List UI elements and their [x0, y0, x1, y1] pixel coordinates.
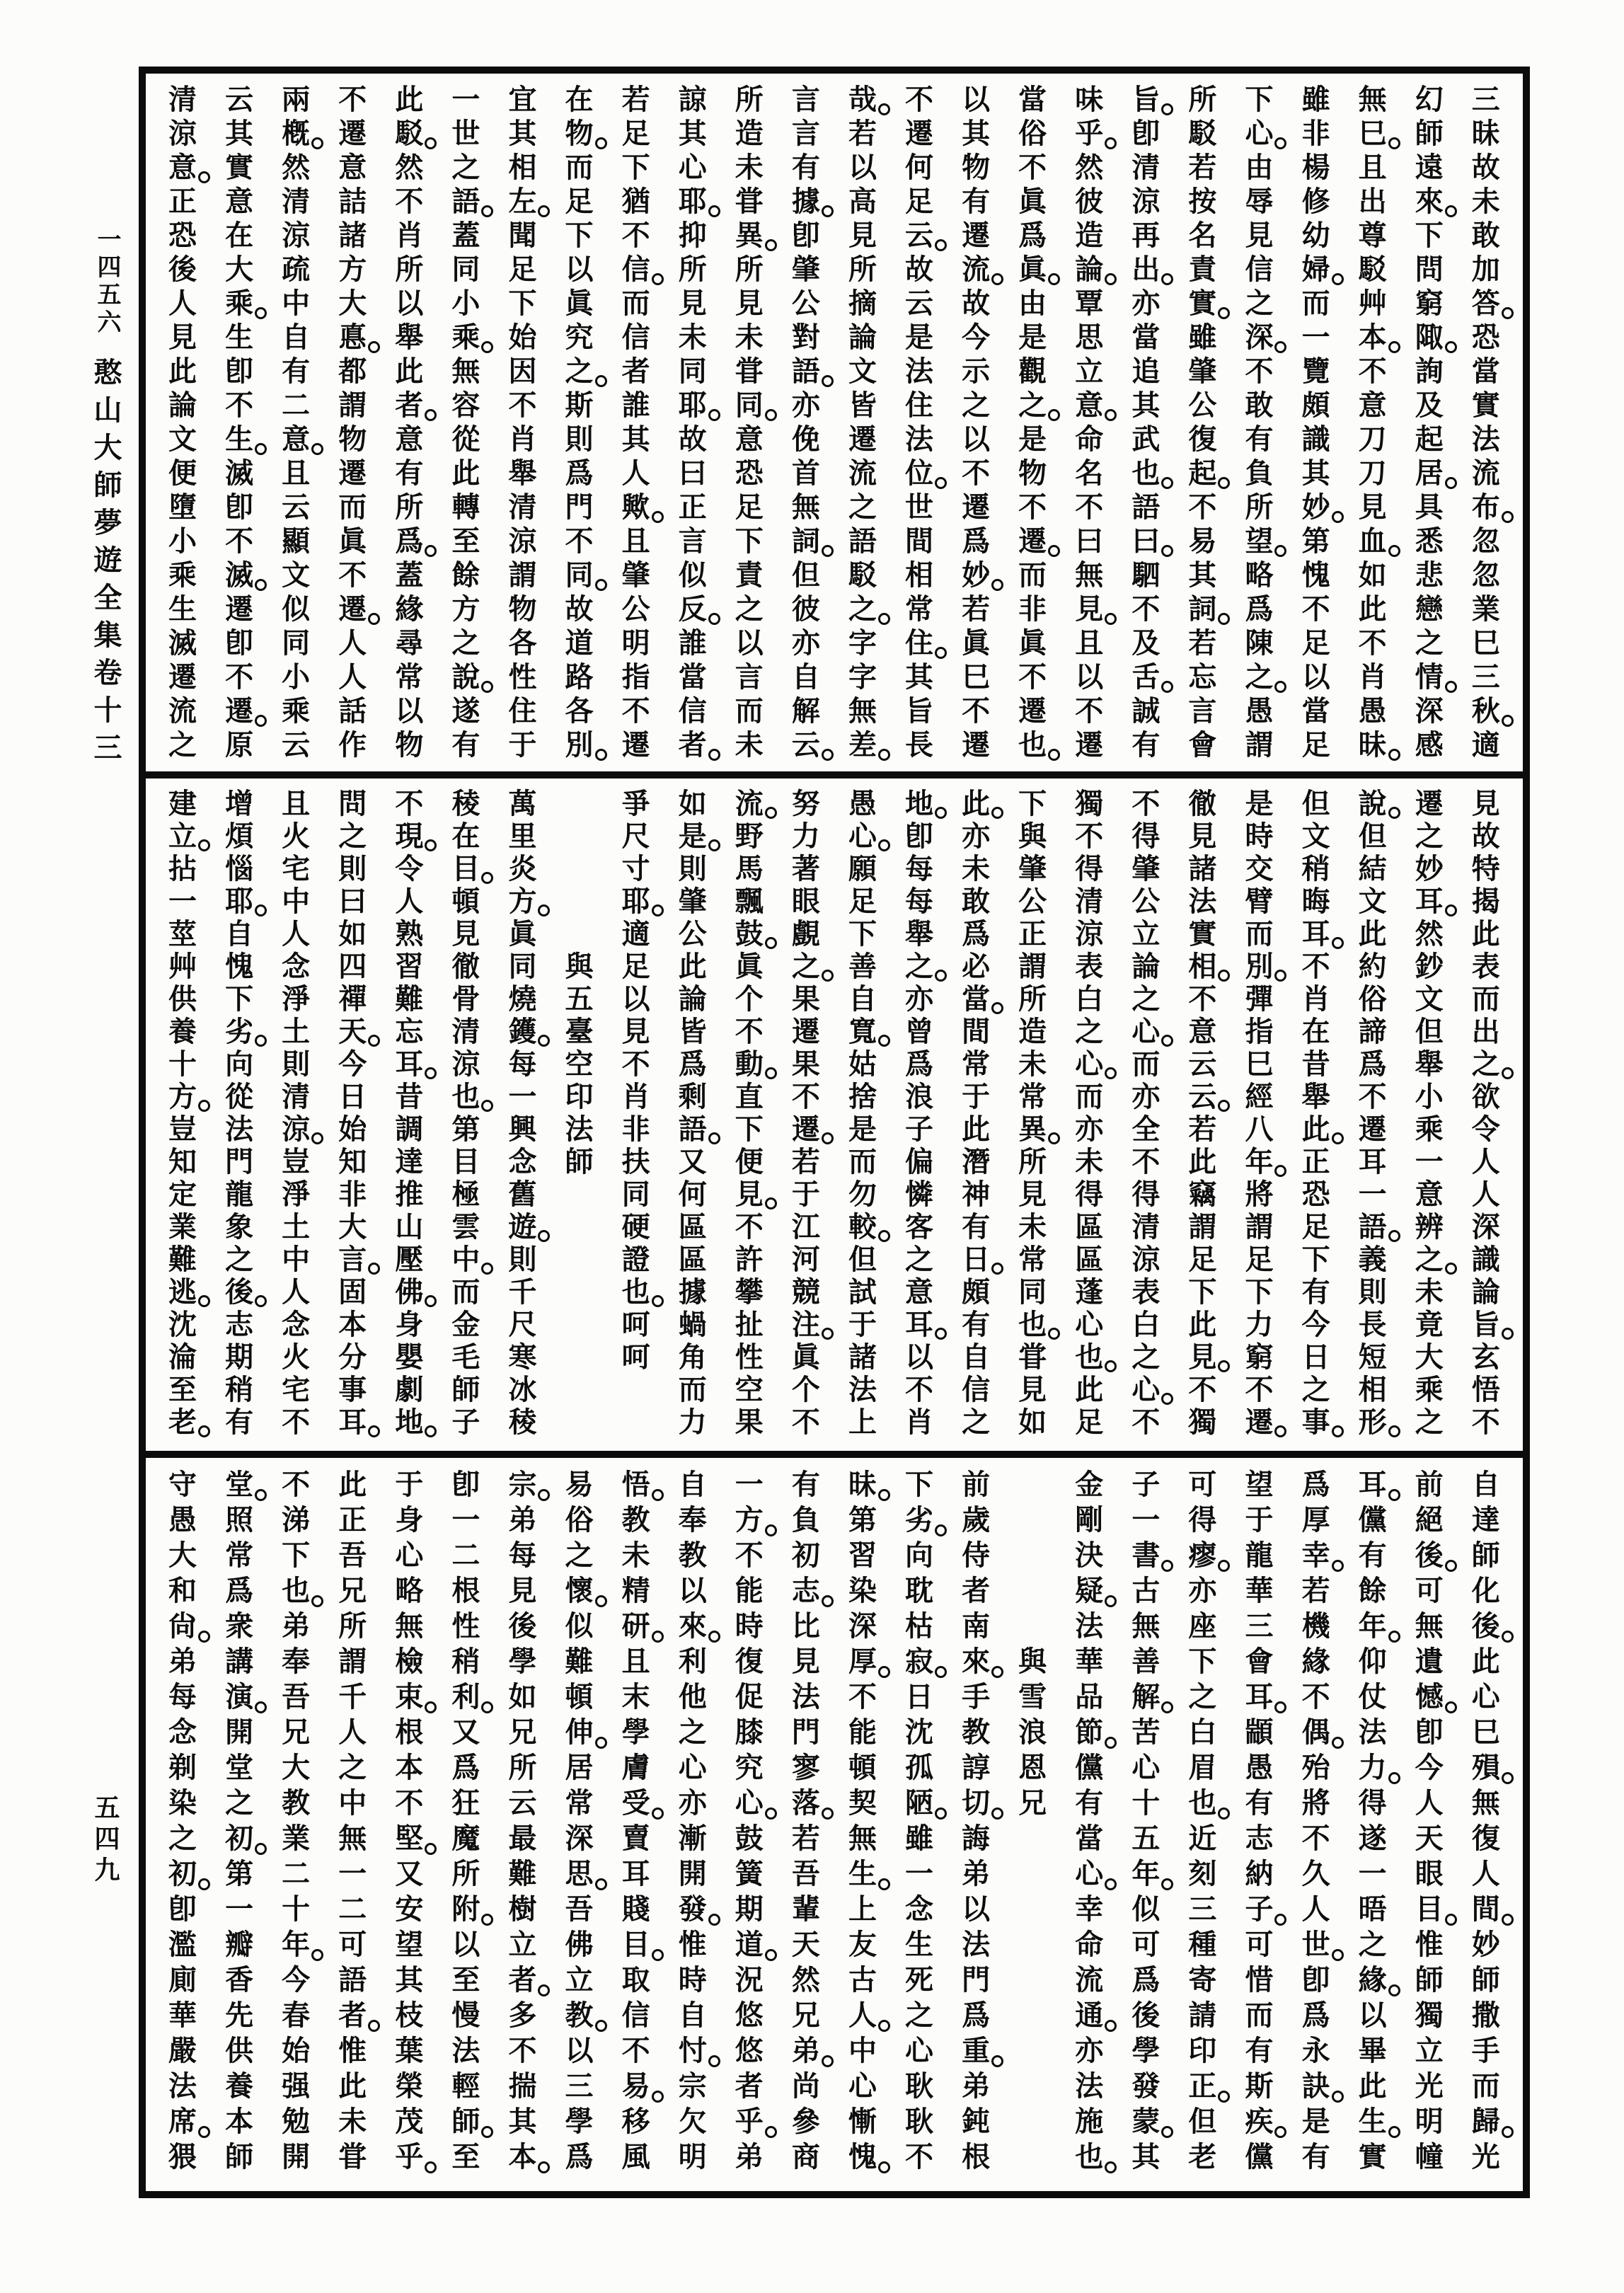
glyph-cell: 宜 — [506, 83, 539, 117]
glyph-cell: 金 — [449, 1309, 482, 1341]
glyph-cell: 且 — [1073, 626, 1105, 660]
glyph-cell: 捨 — [846, 1081, 879, 1113]
reading-circle-mark — [991, 1666, 1003, 1678]
glyph-cell: 摘 — [846, 287, 879, 321]
glyph-cell: 故 — [1470, 820, 1502, 853]
text-column: 萬里炎方眞同燒鑊每一興念舊遊則千尺寒冰稜 — [494, 788, 551, 1442]
glyph-cell: 之 — [223, 1243, 255, 1276]
reading-circle-mark — [255, 1701, 267, 1713]
glyph-cell: 輩 — [790, 1892, 822, 1927]
glyph-cell: 詰 — [336, 185, 369, 219]
glyph-cell: 乘 — [1413, 1113, 1446, 1146]
glyph-cell: 舉 — [506, 456, 539, 490]
glyph-cell: 見 — [846, 219, 879, 253]
glyph-cell: 劣 — [903, 1502, 935, 1538]
glyph-cell: 實 — [1186, 918, 1219, 950]
glyph-cell: 門 — [790, 1715, 822, 1750]
reading-circle-mark — [708, 1914, 720, 1926]
text-column: 清涼意正恐後人見此論文便墮小乘生滅遷流之 — [154, 83, 211, 762]
glyph-cell: 敢 — [960, 885, 992, 918]
glyph-cell: 語 — [676, 1113, 709, 1146]
glyph-cell: 表 — [1129, 1276, 1162, 1309]
glyph-cell: 墮 — [166, 490, 199, 524]
reading-circle-mark — [425, 1701, 437, 1713]
glyph-cell: 講 — [223, 1644, 255, 1679]
reading-circle-mark — [1502, 1772, 1514, 1784]
glyph-cell: 疾 — [1243, 2104, 1275, 2139]
glyph-cell: 物 — [506, 592, 539, 626]
glyph-cell: 樹 — [506, 1892, 539, 1927]
glyph-cell: 可 — [1186, 1467, 1219, 1502]
glyph-cell: 且 — [280, 788, 312, 820]
glyph-cell: 期 — [733, 1892, 766, 1927]
glyph-cell: 千 — [336, 1679, 369, 1715]
glyph-cell: 未 — [336, 2104, 369, 2139]
glyph-cell: 刻 — [1186, 1856, 1219, 1892]
glyph-cell: 文 — [166, 423, 199, 456]
reading-circle-mark — [1445, 341, 1457, 353]
glyph-cell: 遂 — [449, 694, 482, 728]
glyph-cell: 位 — [903, 456, 935, 490]
glyph-cell: 亦 — [1073, 1113, 1105, 1146]
glyph-cell: 之 — [563, 355, 596, 389]
reading-circle-mark — [991, 1808, 1003, 1820]
glyph-cell: 善 — [846, 950, 879, 983]
glyph-cell: 令 — [393, 853, 425, 885]
glyph-cell: 謂 — [1186, 1211, 1219, 1243]
glyph-cell: 中 — [336, 1786, 369, 1821]
glyph-cell: 不 — [393, 788, 425, 820]
glyph-cell: 善 — [1129, 1644, 1162, 1679]
glyph-cell: 思 — [1073, 321, 1105, 355]
glyph-cell: 師 — [1413, 1962, 1446, 1998]
reading-circle-mark — [1502, 1067, 1514, 1079]
glyph-cell: 曰 — [676, 456, 709, 490]
glyph-cell: 衆 — [223, 1609, 255, 1644]
glyph-cell: 心 — [1129, 1750, 1162, 1786]
text-column: 爲厚幸若機緣不偶殆將不久人世卽爲永訣是有 — [1288, 1467, 1344, 2182]
glyph-cell: 大 — [336, 1211, 369, 1243]
reading-circle-mark — [935, 1666, 947, 1678]
glyph-cell: 仰 — [1357, 1644, 1389, 1679]
glyph-cell: 舌 — [1129, 660, 1162, 694]
reading-circle-mark — [481, 1263, 493, 1275]
glyph-cell: 歲 — [960, 1502, 992, 1538]
glyph-cell: 此 — [393, 83, 425, 117]
glyph-cell: 眞 — [733, 950, 766, 983]
text-column: 耳儻有餘年仰仗法力得遂一晤之緣以畢此生實 — [1344, 1467, 1401, 2182]
glyph-cell: 左 — [506, 185, 539, 219]
glyph-cell: 卽 — [223, 626, 255, 660]
glyph-cell: 清 — [280, 185, 312, 219]
glyph-cell: 卽 — [166, 1892, 199, 1927]
glyph-cell: 餘 — [1357, 1573, 1389, 1609]
glyph-cell: 下 — [733, 1113, 766, 1146]
glyph-cell: 小 — [449, 287, 482, 321]
glyph-cell: 之 — [1470, 1048, 1502, 1081]
glyph-cell: 不 — [223, 524, 255, 558]
glyph-cell: 寂 — [903, 1644, 935, 1679]
reading-circle-mark — [255, 1843, 267, 1855]
glyph-cell: 所 — [449, 1856, 482, 1892]
glyph-cell: 此 — [1470, 918, 1502, 950]
glyph-cell: 取 — [620, 1962, 652, 1998]
glyph-cell: 推 — [393, 1178, 425, 1211]
reading-circle-mark — [652, 1489, 664, 1501]
glyph-cell: 常 — [903, 592, 935, 626]
reading-circle-mark — [595, 1737, 607, 1749]
glyph-cell: 時 — [676, 1962, 709, 1998]
glyph-cell: 之 — [1186, 1679, 1219, 1715]
glyph-cell: 諸 — [846, 1341, 879, 1374]
glyph-cell: 眞 — [1016, 253, 1049, 287]
glyph-cell: 語 — [449, 185, 482, 219]
glyph-cell: 爲 — [449, 1750, 482, 1786]
reading-circle-mark — [1445, 1914, 1457, 1926]
glyph-cell: 作 — [336, 728, 369, 762]
glyph-cell: 說 — [1357, 788, 1389, 820]
glyph-cell: 尚 — [790, 2069, 822, 2104]
reading-circle-mark — [935, 477, 947, 489]
glyph-cell: 不 — [393, 1786, 425, 1821]
glyph-cell: 葉 — [393, 2033, 425, 2069]
glyph-cell: 道 — [563, 626, 596, 660]
reading-circle-mark — [255, 1295, 267, 1307]
glyph-cell: 恐 — [1470, 321, 1502, 355]
glyph-cell: 所 — [733, 253, 766, 287]
glyph-cell: 涼 — [506, 524, 539, 558]
glyph-cell: 諸 — [336, 219, 369, 253]
text-column: 言言有據卽肇公對語亦俛首無詞但彼亦自解云 — [778, 83, 834, 762]
reading-circle-mark — [1105, 1737, 1117, 1749]
text-column: 三昧故未敢加答恐當實法流布忽忽業巳三秋適 — [1458, 83, 1514, 762]
glyph-cell: 一 — [223, 1892, 255, 1927]
reading-circle-mark — [991, 1002, 1003, 1014]
glyph-cell: 乎 — [1073, 117, 1105, 151]
glyph-cell: 種 — [1186, 1927, 1219, 1962]
glyph-cell: 于 — [846, 1309, 879, 1341]
glyph-cell: 不 — [903, 2139, 935, 2175]
glyph-cell: 命 — [1073, 1927, 1105, 1962]
glyph-cell: 爲 — [223, 1573, 255, 1609]
glyph-cell: 力 — [1243, 1309, 1275, 1341]
glyph-cell: 情 — [1413, 660, 1446, 694]
glyph-cell: 遷 — [620, 728, 652, 762]
glyph-cell: 槪 — [280, 117, 312, 151]
reading-circle-mark — [652, 1949, 664, 1961]
glyph-cell: 深 — [1243, 321, 1275, 355]
glyph-cell: 一 — [336, 1856, 369, 1892]
glyph-cell: 足 — [620, 117, 652, 151]
glyph-cell: 舉 — [393, 321, 425, 355]
glyph-cell: 可 — [1413, 1573, 1446, 1609]
glyph-cell: 但 — [1357, 820, 1389, 853]
glyph-cell: 遷 — [1357, 1113, 1389, 1146]
glyph-cell: 流 — [166, 694, 199, 728]
glyph-cell: 非 — [1016, 592, 1049, 626]
glyph-cell: 血 — [1357, 524, 1389, 558]
reading-circle-mark — [1445, 1701, 1457, 1713]
glyph-cell: 其 — [393, 1962, 425, 1998]
glyph-cell: 卽 — [1300, 1962, 1332, 1998]
glyph-cell: 師 — [223, 2139, 255, 2175]
glyph-cell: 不 — [1186, 490, 1219, 524]
glyph-cell: 是 — [1016, 423, 1049, 456]
glyph-cell: 之 — [1129, 983, 1162, 1016]
glyph-cell: 將 — [1243, 1178, 1275, 1211]
glyph-cell: 來 — [1413, 185, 1446, 219]
glyph-cell: 束 — [393, 1679, 425, 1715]
glyph-cell: 約 — [1357, 950, 1389, 983]
glyph-cell: 此 — [1357, 2069, 1389, 2104]
glyph-cell: 惱 — [223, 853, 255, 885]
glyph-cell: 遷 — [1016, 524, 1049, 558]
glyph-cell: 彈 — [1243, 983, 1275, 1016]
glyph-cell: 遷 — [790, 1016, 822, 1048]
glyph-cell: 足 — [903, 185, 935, 219]
glyph-cell: 表 — [1073, 950, 1105, 983]
glyph-cell: 卽 — [223, 490, 255, 524]
glyph-cell: 師 — [563, 1146, 596, 1178]
glyph-cell: 子 — [1243, 1892, 1275, 1927]
glyph-cell: 舉 — [1300, 1081, 1332, 1113]
glyph-cell: 指 — [1243, 1016, 1275, 1048]
glyph-cell: 云 — [903, 287, 935, 321]
glyph-cell: 起 — [1413, 423, 1446, 456]
glyph-cell: 且 — [620, 1644, 652, 1679]
glyph-cell: 故 — [563, 592, 596, 626]
glyph-cell: 小 — [280, 660, 312, 694]
glyph-cell: 耳 — [620, 1856, 652, 1892]
glyph-cell: 研 — [620, 1609, 652, 1644]
glyph-cell: 儻 — [1073, 1750, 1105, 1786]
reading-circle-mark — [368, 2020, 380, 2032]
glyph-cell: 遷 — [166, 660, 199, 694]
reading-circle-mark — [1332, 511, 1344, 523]
glyph-cell: 問 — [1413, 253, 1446, 287]
glyph-cell: 斯 — [563, 389, 596, 423]
glyph-cell: 第 — [846, 1502, 879, 1538]
glyph-cell: 見 — [1470, 788, 1502, 820]
reading-circle-mark — [708, 749, 720, 761]
glyph-cell: 之 — [960, 389, 992, 423]
glyph-cell: 之 — [1357, 1927, 1389, 1962]
glyph-cell: 者 — [336, 1998, 369, 2033]
glyph-cell: 開 — [676, 1856, 709, 1892]
glyph-cell: 文 — [280, 558, 312, 592]
glyph-cell: 法 — [166, 2069, 199, 2104]
glyph-cell: 門 — [223, 1146, 255, 1178]
glyph-cell: 與 — [1016, 820, 1049, 853]
glyph-cell: 得 — [1073, 1178, 1105, 1211]
glyph-cell: 不 — [1357, 626, 1389, 660]
glyph-cell: 照 — [223, 1502, 255, 1538]
text-column: 不現令人熟習難忘耳昔調達推山壓佛身嬰劇地 — [381, 788, 437, 1442]
glyph-cell: 物 — [1016, 456, 1049, 490]
glyph-cell: 念 — [903, 1892, 935, 1927]
reading-circle-mark — [1218, 307, 1230, 319]
text-column: 此亦未敢爲必當間常于此潛神有日頗有自信之 — [948, 788, 1004, 1442]
glyph-cell: 見 — [449, 918, 482, 950]
glyph-cell: 法 — [1470, 423, 1502, 456]
glyph-cell: 獨 — [1186, 1406, 1219, 1439]
glyph-cell: 謂 — [506, 558, 539, 592]
glyph-cell: 原 — [223, 728, 255, 762]
glyph-cell: 駁 — [846, 558, 879, 592]
reading-circle-mark — [1161, 477, 1173, 489]
glyph-cell: 三 — [1470, 83, 1502, 117]
glyph-cell: 而 — [676, 1374, 709, 1406]
glyph-cell: 覽 — [1300, 355, 1332, 389]
glyph-cell: 惟 — [1413, 1927, 1446, 1962]
glyph-cell: 解 — [790, 694, 822, 728]
glyph-cell: 區 — [1073, 1243, 1105, 1276]
glyph-cell: 印 — [563, 1081, 596, 1113]
glyph-cell: 目 — [1413, 1892, 1446, 1927]
glyph-cell: 旨 — [1470, 1309, 1502, 1341]
glyph-cell: 觀 — [1016, 355, 1049, 389]
glyph-cell: 知 — [166, 1146, 199, 1178]
glyph-cell: 方 — [166, 1081, 199, 1113]
glyph-cell: 有 — [1243, 423, 1275, 456]
reading-circle-mark — [1502, 2126, 1514, 2138]
glyph-cell: 一 — [1357, 1856, 1389, 1892]
glyph-cell: 勿 — [846, 1178, 879, 1211]
text-column: 此正吾兄所謂千人之中無一二可語者惟此未甞 — [324, 1467, 381, 2182]
glyph-cell: 常 — [563, 1786, 596, 1821]
reading-circle-mark — [991, 579, 1003, 591]
glyph-cell: 瓣 — [223, 1927, 255, 1962]
glyph-cell: 子 — [449, 1406, 482, 1439]
glyph-cell: 第 — [223, 1856, 255, 1892]
glyph-cell: 爲 — [676, 1048, 709, 1081]
glyph-cell: 眞 — [960, 626, 992, 660]
glyph-cell: 吾 — [563, 1892, 596, 1927]
glyph-cell: 茂 — [393, 2104, 425, 2139]
glyph-cell: 遷 — [223, 694, 255, 728]
glyph-cell: 爲 — [563, 456, 596, 490]
glyph-cell: 便 — [733, 1146, 766, 1178]
glyph-cell: 無 — [449, 355, 482, 389]
glyph-cell: 頓 — [846, 1750, 879, 1786]
reading-circle-mark — [822, 1808, 834, 1820]
glyph-cell: 抑 — [676, 219, 709, 253]
glyph-cell: 久 — [1300, 1856, 1332, 1892]
reading-circle-mark — [1274, 1425, 1286, 1437]
glyph-cell: 清 — [506, 490, 539, 524]
glyph-cell: 山 — [393, 1211, 425, 1243]
glyph-cell: 尙 — [166, 1609, 199, 1644]
glyph-cell: 在 — [1300, 1016, 1332, 1048]
glyph-cell: 鈍 — [960, 2104, 992, 2139]
glyph-cell: 見 — [166, 321, 199, 355]
glyph-cell: 華 — [166, 1998, 199, 2033]
glyph-cell: 實 — [1186, 287, 1219, 321]
glyph-cell: 論 — [1129, 950, 1162, 983]
glyph-cell: 語 — [790, 355, 822, 389]
glyph-cell: 遺 — [1413, 1644, 1446, 1679]
glyph-cell: 手 — [1470, 2033, 1502, 2069]
glyph-cell: 再 — [1129, 219, 1162, 253]
glyph-cell: 涼 — [280, 219, 312, 253]
glyph-cell: 意 — [1413, 1178, 1446, 1211]
glyph-cell: 此 — [1073, 1374, 1105, 1406]
reading-circle-mark — [765, 937, 777, 949]
glyph-cell: 爲 — [960, 524, 992, 558]
glyph-cell: 不 — [1073, 694, 1105, 728]
glyph-cell: 見 — [790, 1644, 822, 1679]
glyph-cell: 皆 — [846, 389, 879, 423]
glyph-cell: 肖 — [1357, 660, 1389, 694]
glyph-cell: 據 — [676, 1276, 709, 1309]
glyph-cell: 見 — [1186, 820, 1219, 853]
glyph-cell: 增 — [223, 788, 255, 820]
glyph-cell: 遠 — [1413, 151, 1446, 185]
text-column: 流野馬飄鼓眞个不動直下便見不許攀扯性空果 — [721, 788, 778, 1442]
glyph-cell: 每 — [903, 853, 935, 885]
glyph-cell: 有 — [393, 456, 425, 490]
glyph-cell: 正 — [1300, 1146, 1332, 1178]
glyph-cell: 念 — [166, 1715, 199, 1750]
glyph-cell: 遷 — [1413, 788, 1446, 820]
glyph-cell: 近 — [1186, 1821, 1219, 1856]
glyph-cell: 興 — [506, 1113, 539, 1146]
glyph-cell: 不 — [620, 694, 652, 728]
reading-circle-mark — [765, 1949, 777, 1961]
glyph-cell: 師 — [1413, 117, 1446, 151]
glyph-cell: 悠 — [733, 2033, 766, 2069]
glyph-cell: 其 — [676, 117, 709, 151]
glyph-cell: 詢 — [1413, 355, 1446, 389]
glyph-cell: 不 — [280, 1467, 312, 1502]
glyph-cell: 亦 — [1186, 1573, 1219, 1609]
glyph-cell: 發 — [676, 1892, 709, 1927]
glyph-cell: 出 — [1129, 253, 1162, 287]
glyph-cell: 攀 — [733, 1276, 766, 1309]
glyph-cell: 按 — [1186, 185, 1219, 219]
glyph-cell: 機 — [1300, 1609, 1332, 1644]
glyph-cell: 嚴 — [166, 2033, 199, 2069]
text-column: 雖非楊修幼婦而一覽頗識其妙第愧不足以當足 — [1288, 83, 1344, 762]
glyph-cell: 之 — [960, 1406, 992, 1439]
glyph-cell: 常 — [1016, 1243, 1049, 1276]
reading-circle-mark — [878, 1230, 890, 1242]
glyph-cell: 修 — [1300, 185, 1332, 219]
reading-circle-mark — [255, 1035, 267, 1047]
glyph-cell: 爲 — [1129, 1962, 1162, 1998]
glyph-cell: 鈔 — [1413, 950, 1446, 983]
text-column: 以其物有遷流故今示之以不遷爲妙若眞巳不遷 — [948, 83, 1004, 762]
glyph-cell: 心 — [846, 820, 879, 853]
glyph-cell: 見 — [1186, 1341, 1219, 1374]
glyph-cell: 方 — [733, 1502, 766, 1538]
text-column: 下與肇公正謂所造未常異所見未常同也甞見如 — [1004, 788, 1061, 1442]
glyph-cell: 云 — [1186, 1081, 1219, 1113]
glyph-cell: 遷 — [846, 423, 879, 456]
glyph-cell: 之 — [1016, 389, 1049, 423]
glyph-cell: 始 — [336, 1113, 369, 1146]
glyph-cell: 白 — [1073, 983, 1105, 1016]
glyph-cell: 有 — [1243, 1786, 1275, 1821]
glyph-cell: 出 — [1357, 185, 1389, 219]
glyph-cell: 之 — [1413, 1243, 1446, 1276]
glyph-cell: 志 — [1243, 1821, 1275, 1856]
glyph-cell: 小 — [166, 524, 199, 558]
glyph-cell: 兄 — [506, 1715, 539, 1750]
glyph-cell: 何 — [676, 1178, 709, 1211]
glyph-cell: 稍 — [1300, 853, 1332, 885]
reading-circle-mark — [1161, 1701, 1173, 1713]
